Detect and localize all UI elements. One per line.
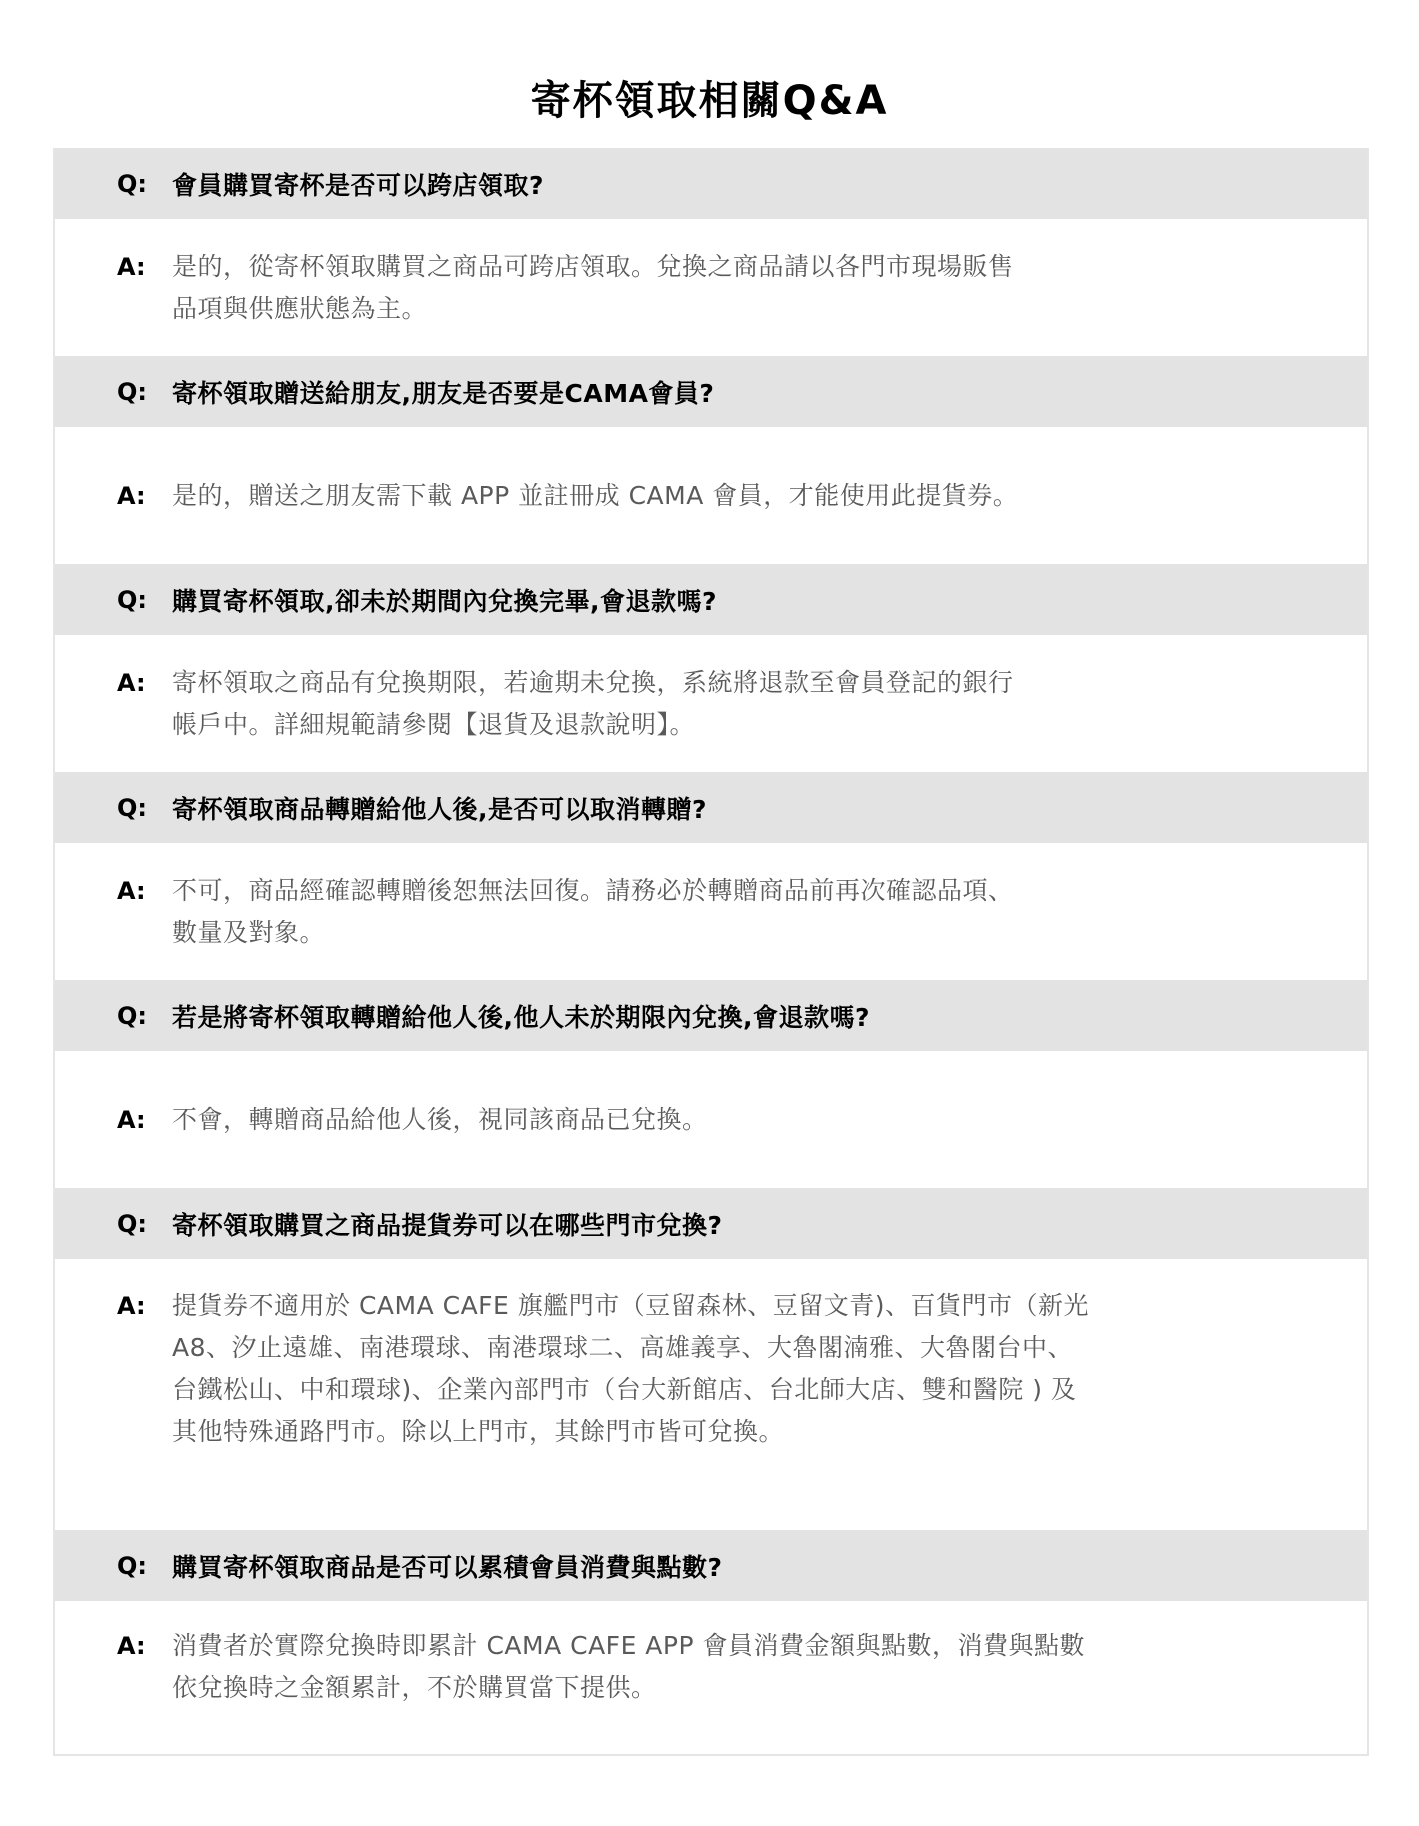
- answer-line: 不會，轉贈商品給他人後，視同該商品已兌換。: [172, 1099, 1152, 1141]
- answer-line: 提貨券不適用於 CAMA CAFE 旗艦門市（豆留森林、豆留文青)、百貨門市（新…: [172, 1285, 1152, 1327]
- answer-line: A8、汐止遠雄、南港環球、南港環球二、高雄義享、大魯閣湳雅、大魯閣台中、: [172, 1327, 1152, 1369]
- faq-question-2[interactable]: Q: 寄杯領取贈送給朋友,朋友是否要是CAMA會員?: [55, 356, 1367, 427]
- question-label: Q:: [117, 170, 172, 198]
- answer-line: 依兌換時之金額累計，不於購買當下提供。: [172, 1667, 1152, 1709]
- answer-line: 不可，商品經確認轉贈後恕無法回復。請務必於轉贈商品前再次確認品項、: [172, 870, 1152, 912]
- answer-text: 提貨券不適用於 CAMA CAFE 旗艦門市（豆留森林、豆留文青)、百貨門市（新…: [172, 1285, 1152, 1453]
- faq-answer-5: A: 不會，轉贈商品給他人後，視同該商品已兌換。: [55, 1051, 1367, 1188]
- question-text: 購買寄杯領取商品是否可以累積會員消費與點數?: [172, 1548, 723, 1584]
- faq-question-6[interactable]: Q: 寄杯領取購買之商品提貨券可以在哪些門市兌換?: [55, 1188, 1367, 1259]
- question-label: Q:: [117, 586, 172, 614]
- answer-label: A:: [117, 870, 172, 912]
- answer-text: 不會，轉贈商品給他人後，視同該商品已兌換。: [172, 1099, 1152, 1141]
- answer-line: 其他特殊通路門市。除以上門市，其餘門市皆可兌換。: [172, 1411, 1152, 1453]
- faq-answer-7: A: 消費者於實際兌換時即累計 CAMA CAFE APP 會員消費金額與點數，…: [55, 1601, 1367, 1754]
- question-label: Q:: [117, 1002, 172, 1030]
- answer-label: A:: [117, 475, 172, 517]
- answer-line: 寄杯領取之商品有兌換期限，若逾期未兌換，系統將退款至會員登記的銀行: [172, 662, 1152, 704]
- answer-text: 不可，商品經確認轉贈後恕無法回復。請務必於轉贈商品前再次確認品項、 數量及對象。: [172, 870, 1152, 954]
- question-label: Q:: [117, 1210, 172, 1238]
- faq-answer-3: A: 寄杯領取之商品有兌換期限，若逾期未兌換，系統將退款至會員登記的銀行 帳戶中…: [55, 635, 1367, 772]
- faq-answer-2: A: 是的，贈送之朋友需下載 APP 並註冊成 CAMA 會員，才能使用此提貨券…: [55, 427, 1367, 564]
- answer-label: A:: [117, 246, 172, 288]
- answer-label: A:: [117, 1285, 172, 1327]
- question-text: 寄杯領取商品轉贈給他人後,是否可以取消轉贈?: [172, 790, 707, 826]
- question-label: Q:: [117, 378, 172, 406]
- question-text: 會員購買寄杯是否可以跨店領取?: [172, 166, 544, 202]
- answer-label: A:: [117, 1099, 172, 1141]
- question-text: 寄杯領取贈送給朋友,朋友是否要是CAMA會員?: [172, 374, 714, 410]
- answer-line: 台鐵松山、中和環球)、企業內部門市（台大新館店、台北師大店、雙和醫院 ) 及: [172, 1369, 1152, 1411]
- faq-question-5[interactable]: Q: 若是將寄杯領取轉贈給他人後,他人未於期限內兌換,會退款嗎?: [55, 980, 1367, 1051]
- answer-line: 數量及對象。: [172, 912, 1152, 954]
- faq-list: Q: 會員購買寄杯是否可以跨店領取? A: 是的，從寄杯領取購買之商品可跨店領取…: [53, 148, 1369, 1756]
- question-label: Q:: [117, 794, 172, 822]
- answer-line: 消費者於實際兌換時即累計 CAMA CAFE APP 會員消費金額與點數，消費與…: [172, 1625, 1152, 1667]
- answer-text: 是的，贈送之朋友需下載 APP 並註冊成 CAMA 會員，才能使用此提貨券。: [172, 475, 1152, 517]
- faq-question-7[interactable]: Q: 購買寄杯領取商品是否可以累積會員消費與點數?: [55, 1530, 1367, 1601]
- faq-answer-1: A: 是的，從寄杯領取購買之商品可跨店領取。兌換之商品請以各門市現場販售 品項與…: [55, 219, 1367, 356]
- faq-answer-4: A: 不可，商品經確認轉贈後恕無法回復。請務必於轉贈商品前再次確認品項、 數量及…: [55, 843, 1367, 980]
- faq-question-1[interactable]: Q: 會員購買寄杯是否可以跨店領取?: [55, 148, 1367, 219]
- answer-text: 消費者於實際兌換時即累計 CAMA CAFE APP 會員消費金額與點數，消費與…: [172, 1625, 1152, 1709]
- answer-line: 帳戶中。詳細規範請參閱【退貨及退款說明】。: [172, 704, 1152, 746]
- answer-line: 是的，從寄杯領取購買之商品可跨店領取。兌換之商品請以各門市現場販售: [172, 246, 1152, 288]
- answer-line: 是的，贈送之朋友需下載 APP 並註冊成 CAMA 會員，才能使用此提貨券。: [172, 475, 1152, 517]
- question-label: Q:: [117, 1552, 172, 1580]
- faq-question-4[interactable]: Q: 寄杯領取商品轉贈給他人後,是否可以取消轉贈?: [55, 772, 1367, 843]
- answer-line: 品項與供應狀態為主。: [172, 288, 1152, 330]
- question-text: 寄杯領取購買之商品提貨券可以在哪些門市兌換?: [172, 1206, 723, 1242]
- question-text: 若是將寄杯領取轉贈給他人後,他人未於期限內兌換,會退款嗎?: [172, 998, 870, 1034]
- answer-label: A:: [117, 662, 172, 704]
- question-text: 購買寄杯領取,卻未於期間內兌換完畢,會退款嗎?: [172, 582, 717, 618]
- faq-answer-6: A: 提貨券不適用於 CAMA CAFE 旗艦門市（豆留森林、豆留文青)、百貨門…: [55, 1259, 1367, 1530]
- page-title: 寄杯領取相關Q&A: [0, 71, 1419, 131]
- answer-label: A:: [117, 1625, 172, 1667]
- answer-text: 是的，從寄杯領取購買之商品可跨店領取。兌換之商品請以各門市現場販售 品項與供應狀…: [172, 246, 1152, 330]
- answer-text: 寄杯領取之商品有兌換期限，若逾期未兌換，系統將退款至會員登記的銀行 帳戶中。詳細…: [172, 662, 1152, 746]
- faq-question-3[interactable]: Q: 購買寄杯領取,卻未於期間內兌換完畢,會退款嗎?: [55, 564, 1367, 635]
